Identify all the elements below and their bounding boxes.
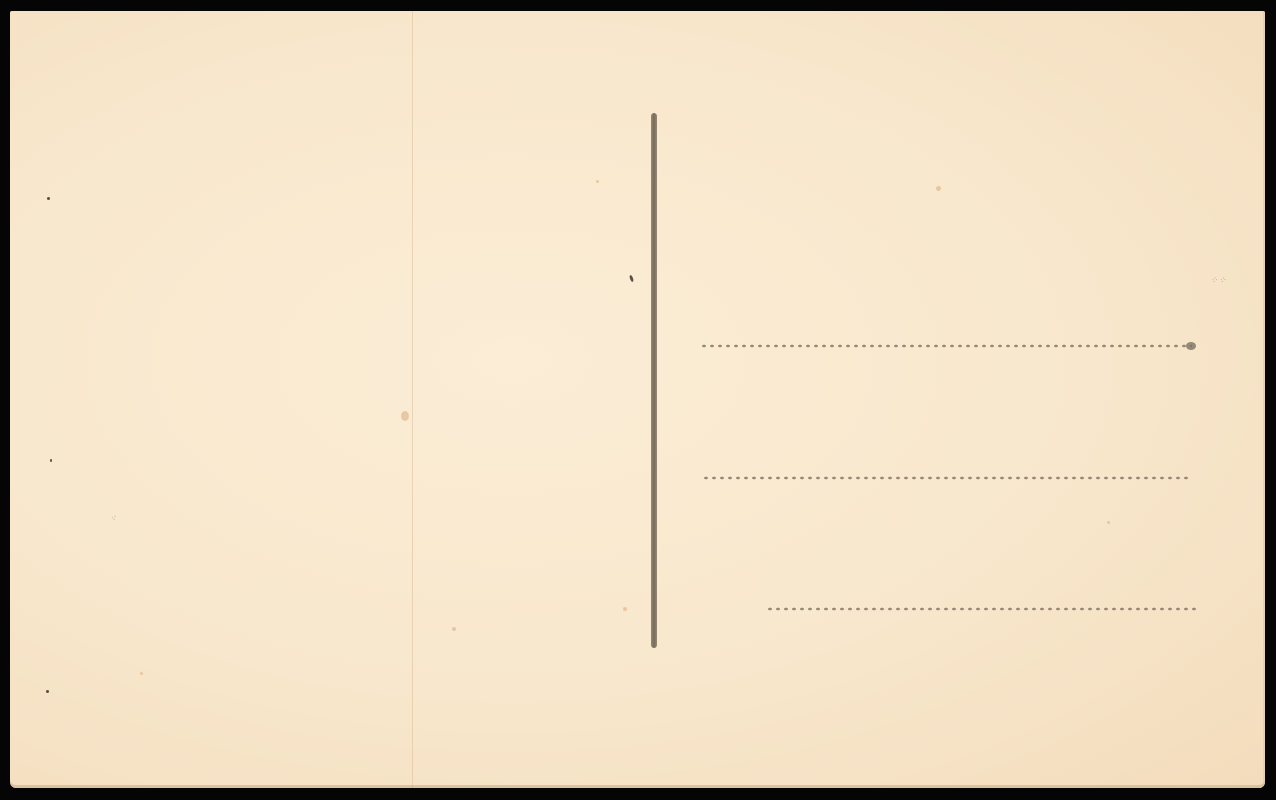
center-divider-line	[651, 113, 657, 648]
speck	[47, 197, 50, 200]
speck	[46, 690, 49, 693]
stain	[623, 607, 627, 611]
address-line-3	[766, 607, 1198, 611]
stain	[401, 411, 409, 421]
stain	[140, 672, 143, 675]
stain	[936, 186, 941, 191]
stain	[1107, 521, 1110, 524]
speck	[629, 275, 634, 283]
stain	[452, 627, 456, 631]
stain	[596, 180, 599, 183]
address-line-1	[700, 344, 1192, 348]
faint-pencil-mark: ⁖	[110, 514, 116, 524]
faint-pencil-mark: ⁘⁘	[1210, 276, 1227, 286]
postcard-back: ⁘⁘ ⁖	[10, 11, 1265, 788]
address-line-2	[702, 476, 1192, 480]
speck	[50, 459, 52, 462]
paper-crease	[412, 11, 413, 788]
ink-blot	[1186, 342, 1196, 350]
